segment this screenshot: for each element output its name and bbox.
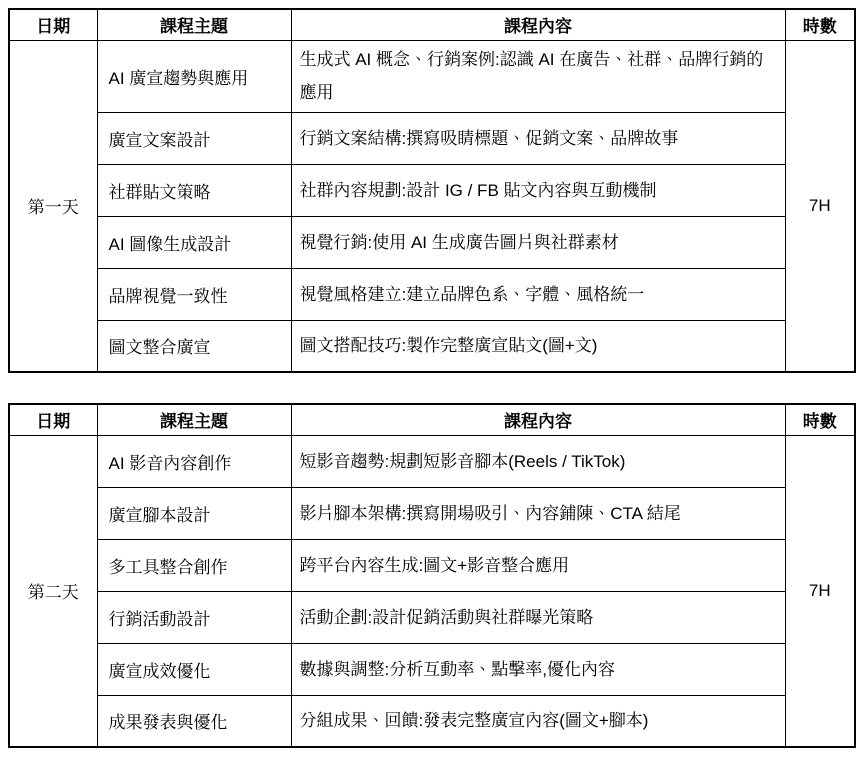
- topic-cell: 成果發表與優化: [97, 695, 291, 747]
- topic-cell: AI 影音內容創作: [97, 435, 291, 487]
- table-row: 第一天 AI 廣宣趨勢與應用 生成式 AI 概念、行銷案例:認識 AI 在廣告、…: [9, 40, 855, 112]
- table-row: 成果發表與優化 分組成果、回饋:發表完整廣宣內容(圖文+腳本): [9, 695, 855, 747]
- table-row: 社群貼文策略 社群內容規劃:設計 IG / FB 貼文內容與互動機制: [9, 164, 855, 216]
- table-row: 多工具整合創作 跨平台內容生成:圖文+影音整合應用: [9, 539, 855, 591]
- table-row: 第二天 AI 影音內容創作 短影音趨勢:規劃短影音腳本(Reels / TikT…: [9, 435, 855, 487]
- content-cell: 數據與調整:分析互動率、點擊率,優化內容: [291, 643, 785, 695]
- topic-cell: 廣宣成效優化: [97, 643, 291, 695]
- header-hours: 時數: [785, 9, 855, 40]
- hours-cell: 7H: [785, 435, 855, 747]
- header-topic: 課程主題: [97, 404, 291, 435]
- header-date: 日期: [9, 9, 97, 40]
- table-row: 廣宣文案設計 行銷文案結構:撰寫吸睛標題、促銷文案、品牌故事: [9, 112, 855, 164]
- content-cell: 圖文搭配技巧:製作完整廣宣貼文(圖+文): [291, 320, 785, 372]
- table-row: 行銷活動設計 活動企劃:設計促銷活動與社群曝光策略: [9, 591, 855, 643]
- topic-cell: 多工具整合創作: [97, 539, 291, 591]
- header-content: 課程內容: [291, 9, 785, 40]
- topic-cell: 廣宣文案設計: [97, 112, 291, 164]
- table-header-row: 日期 課程主題 課程內容 時數: [9, 404, 855, 435]
- header-date: 日期: [9, 404, 97, 435]
- content-cell: 分組成果、回饋:發表完整廣宣內容(圖文+腳本): [291, 695, 785, 747]
- content-cell: 視覺風格建立:建立品牌色系、字體、風格統一: [291, 268, 785, 320]
- content-cell: 行銷文案結構:撰寫吸睛標題、促銷文案、品牌故事: [291, 112, 785, 164]
- table-header-row: 日期 課程主題 課程內容 時數: [9, 9, 855, 40]
- content-cell: 活動企劃:設計促銷活動與社群曝光策略: [291, 591, 785, 643]
- topic-cell: 品牌視覺一致性: [97, 268, 291, 320]
- content-cell: 生成式 AI 概念、行銷案例:認識 AI 在廣告、社群、品牌行銷的應用: [291, 40, 785, 112]
- content-cell: 視覺行銷:使用 AI 生成廣告圖片與社群素材: [291, 216, 785, 268]
- table-row: 廣宣成效優化 數據與調整:分析互動率、點擊率,優化內容: [9, 643, 855, 695]
- topic-cell: 廣宣腳本設計: [97, 487, 291, 539]
- table-row: 圖文整合廣宣 圖文搭配技巧:製作完整廣宣貼文(圖+文): [9, 320, 855, 372]
- content-cell: 短影音趨勢:規劃短影音腳本(Reels / TikTok): [291, 435, 785, 487]
- content-cell: 跨平台內容生成:圖文+影音整合應用: [291, 539, 785, 591]
- table-row: 廣宣腳本設計 影片腳本架構:撰寫開場吸引、內容鋪陳、CTA 結尾: [9, 487, 855, 539]
- topic-cell: 行銷活動設計: [97, 591, 291, 643]
- topic-cell: 圖文整合廣宣: [97, 320, 291, 372]
- content-cell: 影片腳本架構:撰寫開場吸引、內容鋪陳、CTA 結尾: [291, 487, 785, 539]
- course-table-day1: 日期 課程主題 課程內容 時數 第一天 AI 廣宣趨勢與應用 生成式 AI 概念…: [8, 8, 856, 373]
- topic-cell: 社群貼文策略: [97, 164, 291, 216]
- topic-cell: AI 廣宣趨勢與應用: [97, 40, 291, 112]
- table-row: 品牌視覺一致性 視覺風格建立:建立品牌色系、字體、風格統一: [9, 268, 855, 320]
- topic-cell: AI 圖像生成設計: [97, 216, 291, 268]
- content-cell: 社群內容規劃:設計 IG / FB 貼文內容與互動機制: [291, 164, 785, 216]
- day-cell: 第二天: [9, 435, 97, 747]
- course-table-day2: 日期 課程主題 課程內容 時數 第二天 AI 影音內容創作 短影音趨勢:規劃短影…: [8, 403, 856, 748]
- header-topic: 課程主題: [97, 9, 291, 40]
- day-cell: 第一天: [9, 40, 97, 372]
- table-row: AI 圖像生成設計 視覺行銷:使用 AI 生成廣告圖片與社群素材: [9, 216, 855, 268]
- hours-cell: 7H: [785, 40, 855, 372]
- header-hours: 時數: [785, 404, 855, 435]
- header-content: 課程內容: [291, 404, 785, 435]
